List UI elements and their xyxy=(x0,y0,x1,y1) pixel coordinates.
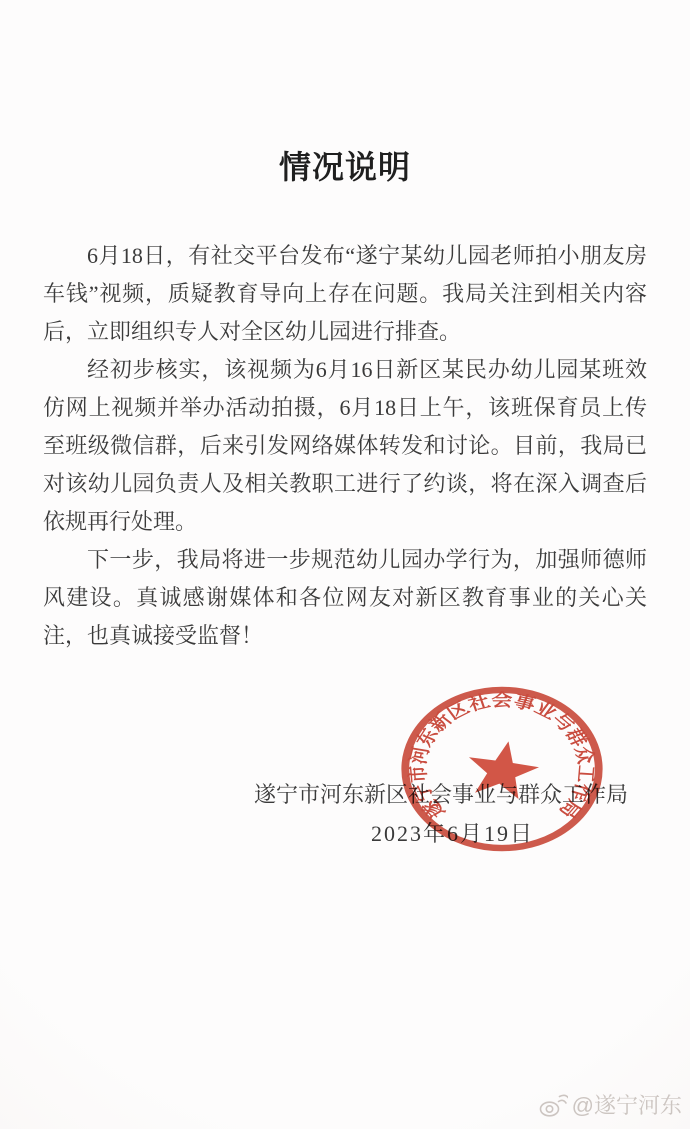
issue-date: 2023年6月19日 xyxy=(0,814,690,853)
paragraph-3: 下一步，我局将进一步规范幼儿园办学行为，加强师德师风建设。真诚感谢媒体和各位网友… xyxy=(43,541,647,655)
document-body: 6月18日，有社交平台发布“遂宁某幼儿园老师拍小朋友房车钱”视频，质疑教育导向上… xyxy=(43,237,647,655)
document-page: 情况说明 6月18日，有社交平台发布“遂宁某幼儿园老师拍小朋友房车钱”视频，质疑… xyxy=(0,0,690,1129)
paragraph-1: 6月18日，有社交平台发布“遂宁某幼儿园老师拍小朋友房车钱”视频，质疑教育导向上… xyxy=(43,237,647,351)
weibo-icon xyxy=(538,1092,568,1118)
signature-block: 遂宁市河东新区社会事业与群众工作局 2023年6月19日 xyxy=(0,775,690,853)
paragraph-2: 经初步核实，该视频为6月16日新区某民办幼儿园某班效仿网上视频并举办活动拍摄，6… xyxy=(43,351,647,541)
page-title: 情况说明 xyxy=(0,148,690,186)
weibo-watermark: @遂宁河东 xyxy=(538,1089,682,1120)
weibo-handle: @遂宁河东 xyxy=(572,1089,682,1120)
issuer-signature: 遂宁市河东新区社会事业与群众工作局 xyxy=(0,775,690,814)
